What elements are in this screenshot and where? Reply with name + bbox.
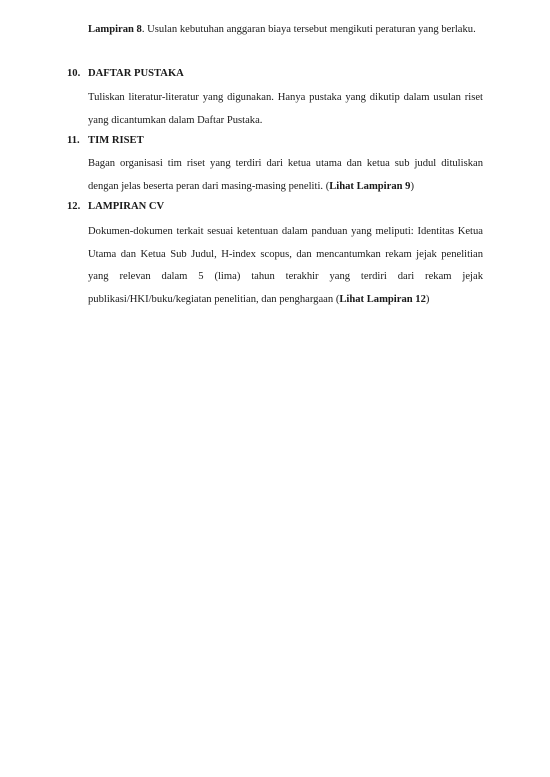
intro-text: . Usulan kebutuhan anggaran biaya terseb… bbox=[142, 24, 476, 35]
section-title: DAFTAR PUSTAKA bbox=[88, 68, 184, 79]
intro-paragraph: Lampiran 8. Usulan kebutuhan anggaran bi… bbox=[88, 19, 483, 42]
reference-lampiran-12: Lihat Lampiran 12 bbox=[339, 294, 426, 305]
section-title: LAMPIRAN CV bbox=[88, 201, 164, 212]
section-number: 11. bbox=[67, 134, 88, 148]
section-body-tim-riset: Bagan organisasi tim riset yang terdiri … bbox=[88, 153, 483, 198]
reference-lampiran-9: Lihat Lampiran 9 bbox=[329, 181, 410, 192]
section-heading-lampiran-cv: 12.LAMPIRAN CV bbox=[67, 200, 164, 214]
section-title: TIM RISET bbox=[88, 135, 144, 146]
section-number: 12. bbox=[67, 200, 88, 214]
section-heading-daftar-pustaka: 10.DAFTAR PUSTAKA bbox=[67, 67, 184, 81]
document-page: Lampiran 8. Usulan kebutuhan anggaran bi… bbox=[0, 0, 550, 777]
intro-bold-prefix: Lampiran 8 bbox=[88, 24, 142, 35]
section-body-lampiran-cv: Dokumen-dokumen terkait sesuai ketentuan… bbox=[88, 221, 483, 311]
section-heading-tim-riset: 11.TIM RISET bbox=[67, 134, 144, 148]
section-body-daftar-pustaka: Tuliskan literatur-literatur yang diguna… bbox=[88, 87, 483, 132]
section-number: 10. bbox=[67, 67, 88, 81]
